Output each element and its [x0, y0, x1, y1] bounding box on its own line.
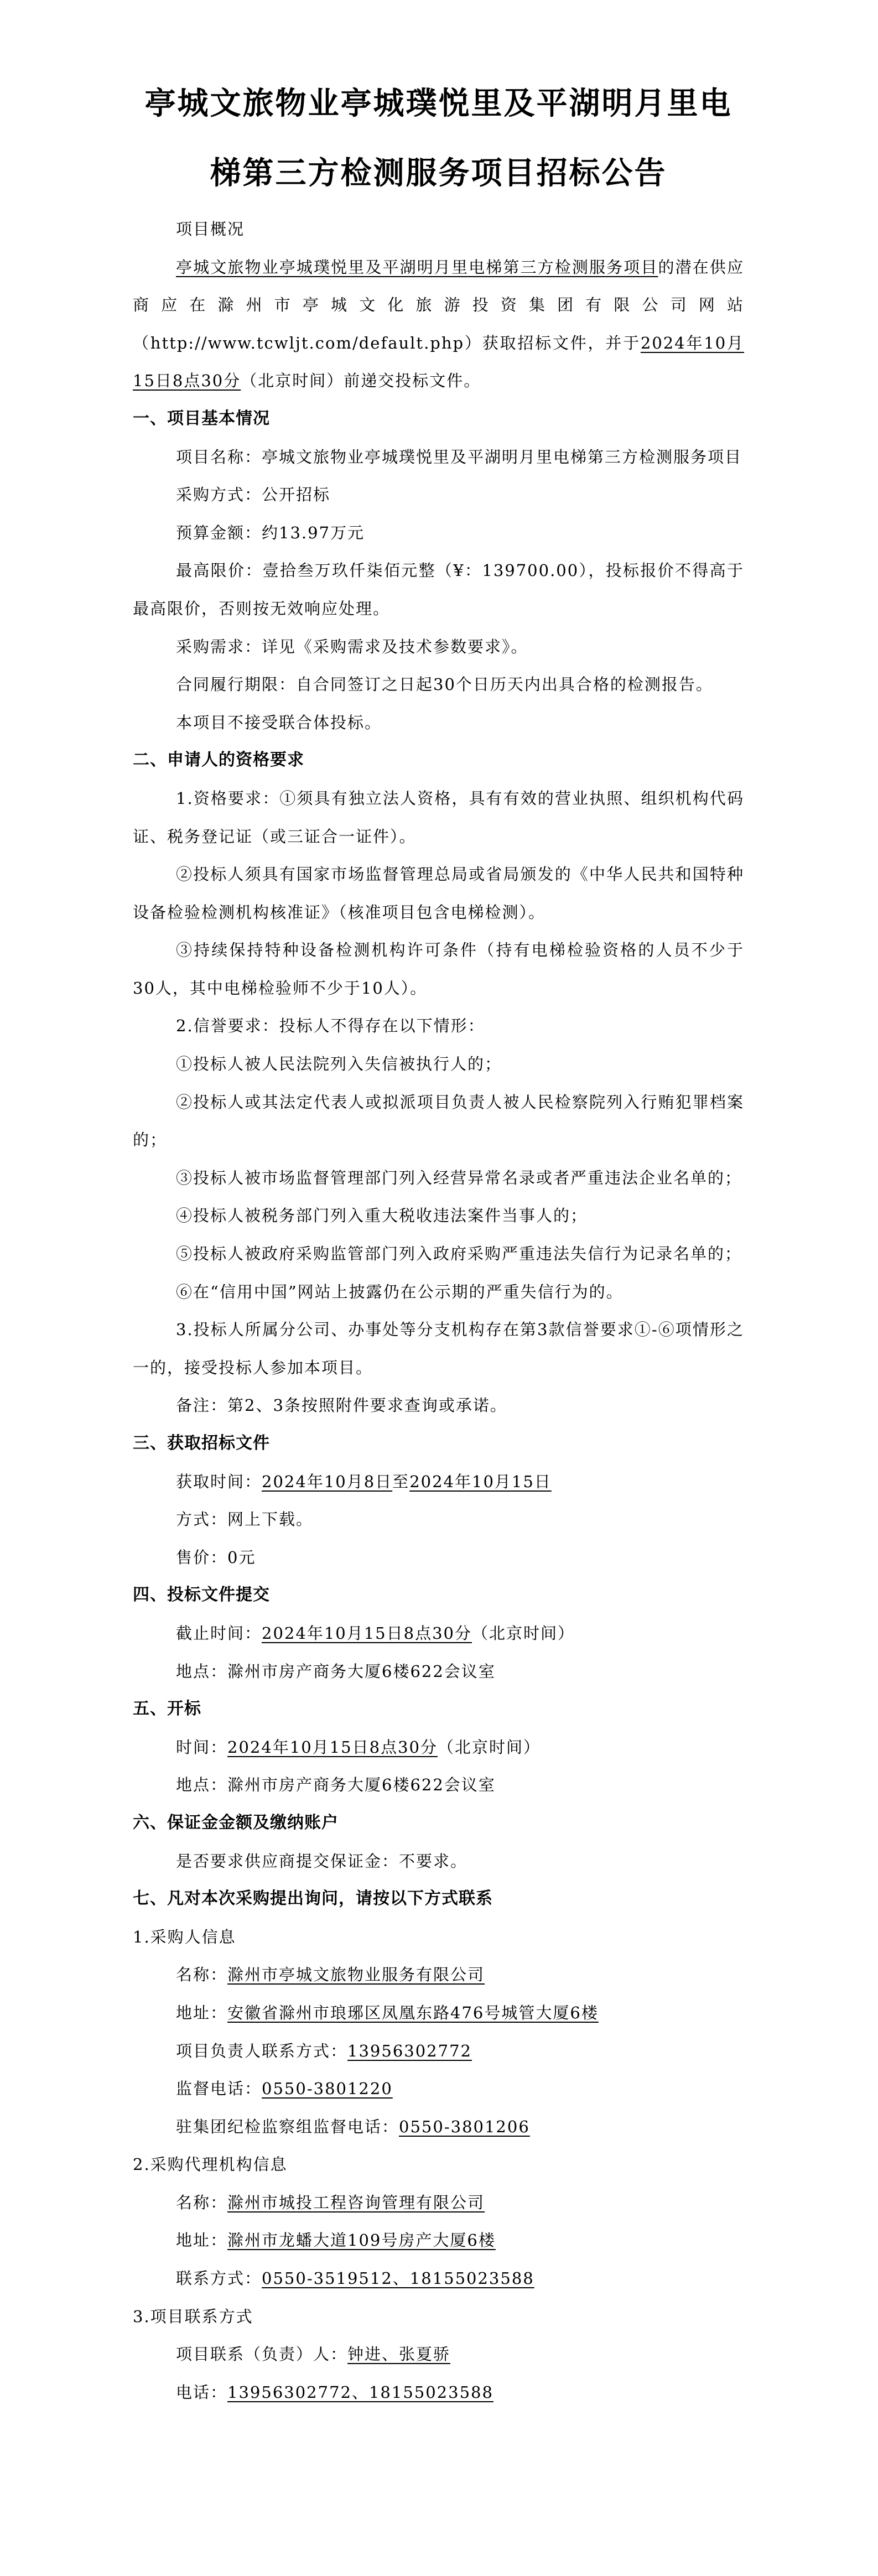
- section-heading-2: 二、申请人的资格要求: [133, 741, 744, 780]
- opening-time-timezone: （北京时间）: [438, 1738, 541, 1757]
- title-line-1: 亭城文旅物业亭城璞悦里及平湖明月里电: [133, 69, 744, 138]
- lead-contact-value: 13956302772: [347, 2042, 472, 2060]
- overview-text-2: （北京时间）前递交投标文件。: [241, 371, 481, 390]
- agency-contact-label: 联系方式：: [176, 2269, 262, 2288]
- submission-deadline-value: 2024年10月15日8点30分: [262, 1624, 472, 1643]
- credit-item-5: ⑤投标人被政府采购监管部门列入政府采购严重违法失信行为记录名单的；: [133, 1235, 744, 1273]
- agency-name-row: 名称：滁州市城投工程咨询管理有限公司: [133, 2184, 744, 2222]
- project-name-value: 亭城文旅物业亭城璞悦里及平湖明月里电梯第三方检测服务项目: [262, 448, 742, 466]
- discipline-phone-label: 驻集团纪检监察组监督电话：: [176, 2117, 399, 2136]
- max-price-row: 最高限价：壹拾叁万玖仟柒佰元整（¥：139700.00），投标报价不得高于最高限…: [133, 552, 744, 627]
- agency-address-label: 地址：: [176, 2231, 227, 2250]
- discipline-phone-row: 驻集团纪检监察组监督电话：0550-3801206: [133, 2108, 744, 2146]
- overview-label: 项目概况: [133, 210, 744, 248]
- method-value: 公开招标: [262, 485, 330, 504]
- purchaser-address-value: 安徽省滁州市琅琊区凤凰东路476号城管大厦6楼: [227, 2003, 599, 2022]
- requirements-row: 采购需求：详见《采购需求及技术参数要求》。: [133, 628, 744, 666]
- opening-location: 地点：滁州市房产商务大厦6楼622会议室: [133, 1766, 744, 1804]
- page-title: 亭城文旅物业亭城璞悦里及平湖明月里电 梯第三方检测服务项目招标公告: [133, 0, 744, 208]
- obtain-time-separator: 至: [392, 1472, 409, 1491]
- budget-row: 预算金额：约13.97万元: [133, 514, 744, 552]
- purchaser-name-label: 名称：: [176, 1965, 227, 1984]
- term-label: 合同履行期限：: [176, 675, 296, 694]
- procurement-method-row: 采购方式：公开招标: [133, 476, 744, 514]
- project-contact-person-label: 项目联系（负责）人：: [176, 2345, 347, 2364]
- credit-item-6: ⑥在“信用中国”网站上披露仍在公示期的严重失信行为的。: [133, 1273, 744, 1311]
- opening-time-row: 时间：2024年10月15日8点30分（北京时间）: [133, 1728, 744, 1767]
- project-contact-person-value: 钟进、张夏骄: [347, 2345, 450, 2364]
- supervision-phone-label: 监督电话：: [176, 2079, 262, 2098]
- agency-contact-row: 联系方式：0550-3519512、18155023588: [133, 2260, 744, 2298]
- agency-info-title: 2.采购代理机构信息: [133, 2146, 744, 2184]
- consortium-note: 本项目不接受联合体投标。: [133, 704, 744, 742]
- title-line-2: 梯第三方检测服务项目招标公告: [133, 138, 744, 208]
- budget-value: 约13.97万元: [262, 523, 365, 542]
- submission-deadline-label: 截止时间：: [176, 1624, 262, 1643]
- project-contact-phone-value: 13956302772、18155023588: [227, 2383, 493, 2402]
- submission-deadline-timezone: （北京时间）: [472, 1624, 575, 1643]
- remark: 备注：第2、3条按照附件要求查询或承诺。: [133, 1386, 744, 1425]
- credit-item-2: ②投标人或其法定代表人或拟派项目负责人被人民检察院列入行贿犯罪档案的；: [133, 1083, 744, 1159]
- section-heading-4: 四、投标文件提交: [133, 1576, 744, 1614]
- qualification-1-3: ③持续保持特种设备检测机构许可条件（持有电梯检验资格的人员不少于30人，其中电梯…: [133, 931, 744, 1007]
- agency-address-value: 滁州市龙蟠大道109号房产大厦6楼: [227, 2231, 496, 2250]
- overview-paragraph: 亭城文旅物业亭城璞悦里及平湖明月里电梯第三方检测服务项目的潜在供应商应在滁州市亭…: [133, 248, 744, 400]
- lead-contact-label: 项目负责人联系方式：: [176, 2042, 347, 2060]
- agency-name-value: 滁州市城投工程咨询管理有限公司: [227, 2193, 485, 2212]
- requirements-label: 采购需求：: [176, 637, 262, 656]
- section-heading-3: 三、获取招标文件: [133, 1425, 744, 1463]
- obtain-time-end: 2024年10月15日: [409, 1472, 552, 1491]
- project-contact-title: 3.项目联系方式: [133, 2298, 744, 2336]
- purchaser-address-row: 地址：安徽省滁州市琅琊区凤凰东路476号城管大厦6楼: [133, 1994, 744, 2032]
- submission-deadline-row: 截止时间：2024年10月15日8点30分（北京时间）: [133, 1614, 744, 1653]
- agency-contact-value: 0550-3519512、18155023588: [262, 2269, 534, 2288]
- method-label: 采购方式：: [176, 485, 262, 504]
- purchaser-address-label: 地址：: [176, 2003, 227, 2022]
- purchaser-info-title: 1.采购人信息: [133, 1918, 744, 1956]
- obtain-time-start: 2024年10月8日: [262, 1472, 392, 1491]
- qualification-1-2: ②投标人须具有国家市场监督管理总局或省局颁发的《中华人民共和国特种设备检验检测机…: [133, 855, 744, 931]
- obtain-time-row: 获取时间：2024年10月8日至2024年10月15日: [133, 1463, 744, 1501]
- term-value: 自合同签订之日起30个日历天内出具合格的检测报告。: [296, 675, 713, 694]
- project-name-row: 项目名称：亭城文旅物业亭城璞悦里及平湖明月里电梯第三方检测服务项目: [133, 438, 744, 476]
- agency-address-row: 地址：滁州市龙蟠大道109号房产大厦6楼: [133, 2221, 744, 2260]
- submission-location: 地点：滁州市房产商务大厦6楼622会议室: [133, 1653, 744, 1691]
- section-heading-1: 一、项目基本情况: [133, 400, 744, 438]
- contract-term-row: 合同履行期限：自合同签订之日起30个日历天内出具合格的检测报告。: [133, 666, 744, 704]
- purchaser-name-value: 滁州市亭城文旅物业服务有限公司: [227, 1965, 485, 1984]
- project-name-link: 亭城文旅物业亭城璞悦里及平湖明月里电梯第三方检测服务项目: [176, 258, 658, 277]
- opening-time-label: 时间：: [176, 1738, 227, 1757]
- requirements-value: 详见《采购需求及技术参数要求》。: [262, 637, 528, 656]
- qualification-1: 1.资格要求：①须具有独立法人资格，具有有效的营业执照、组织机构代码证、税务登记…: [133, 780, 744, 855]
- max-price-label: 最高限价：: [176, 561, 263, 580]
- project-contact-phone-row: 电话：13956302772、18155023588: [133, 2374, 744, 2412]
- project-contact-person-row: 项目联系（负责）人：钟进、张夏骄: [133, 2335, 744, 2374]
- lead-contact-row: 项目负责人联系方式：13956302772: [133, 2032, 744, 2070]
- credit-requirement: 2.信誉要求：投标人不得存在以下情形：: [133, 1007, 744, 1045]
- deposit-requirement: 是否要求供应商提交保证金：不要求。: [133, 1842, 744, 1881]
- supervision-phone-value: 0550-3801220: [262, 2079, 393, 2098]
- supervision-phone-row: 监督电话：0550-3801220: [133, 2070, 744, 2108]
- project-contact-phone-label: 电话：: [176, 2383, 227, 2402]
- branch-clause: 3.投标人所属分公司、办事处等分支机构存在第3款信誉要求①-⑥项情形之一的，接受…: [133, 1311, 744, 1386]
- document-price: 售价：0元: [133, 1539, 744, 1577]
- section-heading-6: 六、保证金金额及缴纳账户: [133, 1804, 744, 1842]
- document-body: 项目概况 亭城文旅物业亭城璞悦里及平湖明月里电梯第三方检测服务项目的潜在供应商应…: [133, 210, 744, 2411]
- agency-name-label: 名称：: [176, 2193, 227, 2212]
- project-name-label: 项目名称：: [176, 448, 262, 466]
- discipline-phone-value: 0550-3801206: [399, 2117, 530, 2136]
- budget-label: 预算金额：: [176, 523, 262, 542]
- credit-item-3: ③投标人被市场监督管理部门列入经营异常名录或者严重违法企业名单的；: [133, 1159, 744, 1197]
- obtain-method: 方式：网上下载。: [133, 1500, 744, 1539]
- credit-item-1: ①投标人被人民法院列入失信被执行人的；: [133, 1045, 744, 1083]
- section-heading-7: 七、凡对本次采购提出询问，请按以下方式联系: [133, 1880, 744, 1918]
- announcement-page: 亭城文旅物业亭城璞悦里及平湖明月里电 梯第三方检测服务项目招标公告 项目概况 亭…: [133, 0, 744, 2411]
- section-heading-5: 五、开标: [133, 1690, 744, 1728]
- opening-time-value: 2024年10月15日8点30分: [227, 1738, 438, 1757]
- credit-item-4: ④投标人被税务部门列入重大税收违法案件当事人的；: [133, 1197, 744, 1235]
- purchaser-name-row: 名称：滁州市亭城文旅物业服务有限公司: [133, 1956, 744, 1994]
- obtain-time-label: 获取时间：: [176, 1472, 262, 1491]
